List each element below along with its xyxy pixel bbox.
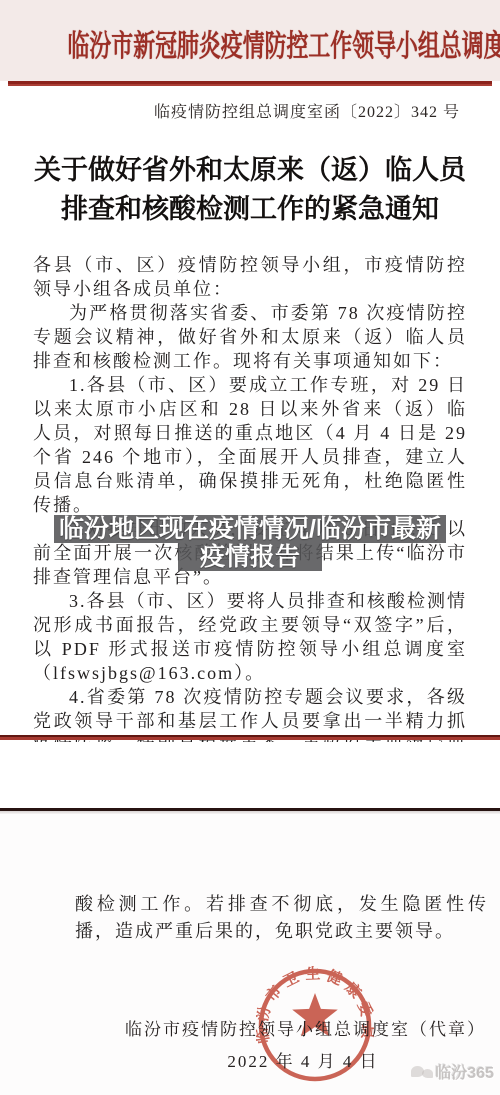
- item-4-paragraph: 4.省委第 78 次疫情防控专题会议要求，各级党政领导干部和基层工作人员要拿出一…: [33, 685, 467, 742]
- document-screenshot: 临汾市新冠肺炎疫情防控工作领导小组总调度室 临疫情防控组总调度室函〔2022〕3…: [0, 0, 500, 1095]
- document-title: 关于做好省外和太原来（返）临人员 排查和核酸检测工作的紧急通知: [0, 151, 500, 229]
- page-two: 酸检测工作。若排查不彻底，发生隐匿性传播，造成严重后果的，免职党政主要领导。 临…: [0, 808, 500, 1095]
- signature-authority: 临汾市疫情防控领导小组总调度室（代章）: [0, 1015, 500, 1040]
- caption-overlay-line2: 疫情报告: [178, 543, 322, 571]
- issuing-authority-title: 临汾市新冠肺炎疫情防控工作领导小组总调度室: [68, 0, 433, 65]
- continuation-paragraph: 酸检测工作。若排查不彻底，发生隐匿性传播，造成严重后果的，免职党政主要领导。: [0, 814, 500, 945]
- red-double-rule: [8, 81, 492, 86]
- screenshot-gap: [0, 742, 500, 808]
- watermark-text: 临汾365: [435, 1060, 494, 1083]
- intro-paragraph: 为严格贯彻落实省委、市委第 78 次疫情防控专题会议精神，做好省外和太原来（返）…: [33, 301, 467, 373]
- caption-overlay-line1: 临汾地区现在疫情情况/临汾市最新: [54, 515, 446, 543]
- red-header-banner: 临汾市新冠肺炎疫情防控工作领导小组总调度室: [0, 0, 500, 81]
- document-number: 临疫情防控组总调度室函〔2022〕342 号: [0, 99, 500, 122]
- salutation: 各县（市、区）疫情防控领导小组，市疫情防控领导小组各成员单位：: [33, 253, 467, 301]
- caption-overlay: 临汾地区现在疫情情况/临汾市最新 疫情报告: [0, 515, 500, 571]
- red-footer-rule: [0, 735, 500, 740]
- document-title-line2: 排查和核酸检测工作的紧急通知: [0, 190, 500, 229]
- document-body: 各县（市、区）疫情防控领导小组，市疫情防控领导小组各成员单位： 为严格贯彻落实省…: [0, 253, 500, 742]
- page-one: 临汾市新冠肺炎疫情防控工作领导小组总调度室 临疫情防控组总调度室函〔2022〕3…: [0, 0, 500, 742]
- item-3-paragraph: 3.各县（市、区）要将人员排查和核酸检测情况形成书面报告，经党政主要领导“双签字…: [33, 589, 467, 685]
- watermark: 临汾365: [411, 1060, 494, 1083]
- document-title-line1: 关于做好省外和太原来（返）临人员: [0, 151, 500, 190]
- item-1-paragraph: 1.各县（市、区）要成立工作专班，对 29 日以来太原市小店区和 28 日以来外…: [33, 373, 467, 517]
- watermark-logo-icon: [411, 1064, 433, 1080]
